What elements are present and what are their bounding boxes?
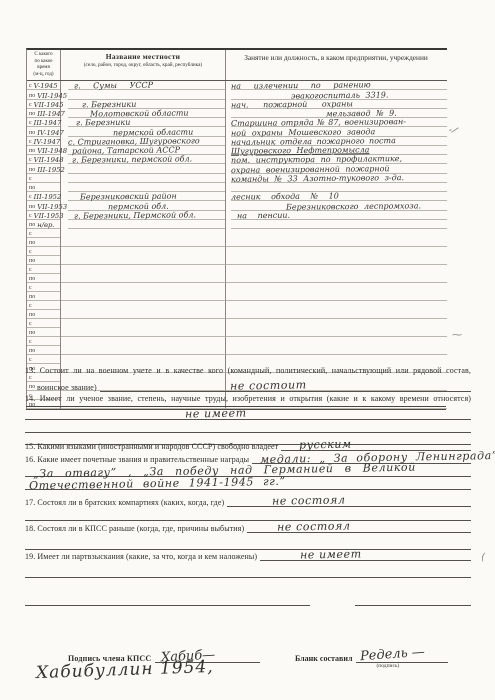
- handwritten-answer: не имеет: [185, 406, 247, 420]
- pencil-mark-icon: ⁓: [452, 330, 462, 341]
- date-to: VII-1948: [37, 147, 67, 155]
- header-dates: С какого по какое время (м-ц, год): [27, 50, 61, 80]
- table-row: сVII-1953 пон/вр. г. Березники, Пермской…: [27, 211, 447, 230]
- place-entry: г. Сумы УССР: [74, 82, 153, 91]
- handwritten-answer: не имеет: [300, 547, 362, 561]
- answer-line: не имеет: [260, 547, 471, 561]
- blank-rule: [25, 577, 471, 578]
- place-entry: г. Березники, Пермской обл.: [74, 211, 196, 220]
- pencil-mark-icon: ,∕: [447, 123, 459, 136]
- place-entry: Березниковский район: [80, 193, 177, 202]
- clerk-signature: Редель —: [360, 645, 426, 664]
- table-row-empty: с по: [27, 301, 447, 319]
- question-19: 19. Имеет ли партвзыскания (какие, за чт…: [25, 548, 471, 561]
- header-occupation: Занятие или должность, в каком предприят…: [226, 50, 446, 80]
- table-row-empty: с по: [27, 229, 447, 247]
- handwritten-answer: не состоит: [230, 378, 307, 392]
- question-17: 17. Состоял ли в братских компартиях (ка…: [25, 494, 471, 507]
- date-to: н/вр.: [37, 221, 54, 229]
- answer-line: не состоял: [227, 493, 471, 507]
- date-from: IV-1947: [34, 138, 61, 146]
- date-to: VII-1945: [37, 92, 67, 100]
- table-row: сVII-1948 поIII-1952 г. Березники, пермс…: [27, 155, 447, 174]
- signature-caption: (подпись): [376, 663, 399, 669]
- place-entry: г. Березники: [76, 119, 130, 128]
- clerk-signature-label: Бланк составил: [295, 654, 352, 663]
- date-to: III-1952: [37, 166, 65, 174]
- date-from: VII-1948: [34, 156, 64, 164]
- header-locality: Название местности (село, район, город, …: [61, 50, 226, 80]
- question-13: 13. Состоит ли на военном учете и в каче…: [25, 366, 471, 392]
- table-row-empty: с по: [27, 319, 447, 337]
- date-from: III-1947: [34, 119, 62, 127]
- table-row-empty: с по: [27, 265, 447, 283]
- question-16: 16. Какие имеет почетные звания и правит…: [25, 451, 471, 490]
- occupation-entry: нач. пожарной охраны: [231, 100, 353, 109]
- answer-line: не состоял: [247, 519, 471, 533]
- question-14: 14. Имеет ли ученое звание, степень, нау…: [25, 394, 471, 420]
- table-row-empty: с по: [27, 337, 447, 355]
- answer-line: не имеет: [25, 406, 471, 420]
- answer-line: Отечественной войне 1941-1945 гг.”: [25, 476, 471, 490]
- date-from: III-1952: [34, 193, 62, 201]
- date-from: V-1945: [34, 82, 58, 90]
- date-to: III-1947: [37, 110, 65, 118]
- blank-rule: [25, 432, 471, 433]
- table-row-empty: с по: [27, 247, 447, 265]
- answer-line: не состоит: [100, 378, 471, 392]
- table-row-empty: с по: [27, 283, 447, 301]
- table-row: с по команды № 33 Азотно-тукового з-да.: [27, 174, 447, 193]
- place-entry: г. Березники: [82, 100, 136, 109]
- clerk-signature-line: Редель — (подпись): [356, 648, 448, 663]
- table-row: сVII-1945 поIII-1947 г. Березники Молото…: [27, 100, 447, 119]
- question-18: 18. Состоял ли в КПСС раньше (когда, где…: [25, 520, 471, 533]
- table-row: сV-1945 поVII-1945 г. Сумы УССР на излеч…: [27, 81, 447, 100]
- occupation-entry: команды № 33 Азотно-тукового з-да.: [231, 174, 404, 184]
- date-from: VII-1945: [34, 101, 64, 109]
- scanned-form-page: С какого по какое время (м-ц, год) Назва…: [0, 0, 495, 700]
- handwritten-answer: Отечественной войне 1941-1945 гг.”: [29, 475, 286, 492]
- handwritten-answer: не состоял: [272, 493, 346, 507]
- date-to: VII-1953: [37, 203, 67, 211]
- blank-rule: [25, 605, 310, 606]
- handwritten-name-note: Хабибуллин 1954,: [36, 657, 214, 683]
- date-to: IV-1947: [37, 129, 64, 137]
- table-row: сIII-1947 поIV-1947 г. Березники пермско…: [27, 118, 447, 137]
- service-record-table: С какого по какое время (м-ц, год) Назва…: [26, 48, 447, 409]
- clerk-signature-block: Бланк составил Редель — (подпись): [295, 648, 448, 663]
- answer-line: русским: [281, 437, 471, 451]
- handwritten-answer: не состоял: [277, 519, 351, 533]
- occupation-entry: на пенсии.: [237, 211, 290, 220]
- table-header: С какого по какое время (м-ц, год) Назва…: [27, 50, 447, 81]
- date-from: VII-1953: [34, 212, 64, 220]
- table-row: сIV-1947 поVII-1948 с. Стригановка, Шугу…: [27, 137, 447, 156]
- blank-rule: [355, 605, 471, 606]
- place-entry: г. Березники, пермской обл.: [72, 156, 192, 165]
- pencil-mark-icon: (: [480, 552, 486, 564]
- table-row: сIII-1952 поVII-1953 Березниковский райо…: [27, 192, 447, 211]
- occupation-entry: лесник обхода № 10: [231, 193, 339, 202]
